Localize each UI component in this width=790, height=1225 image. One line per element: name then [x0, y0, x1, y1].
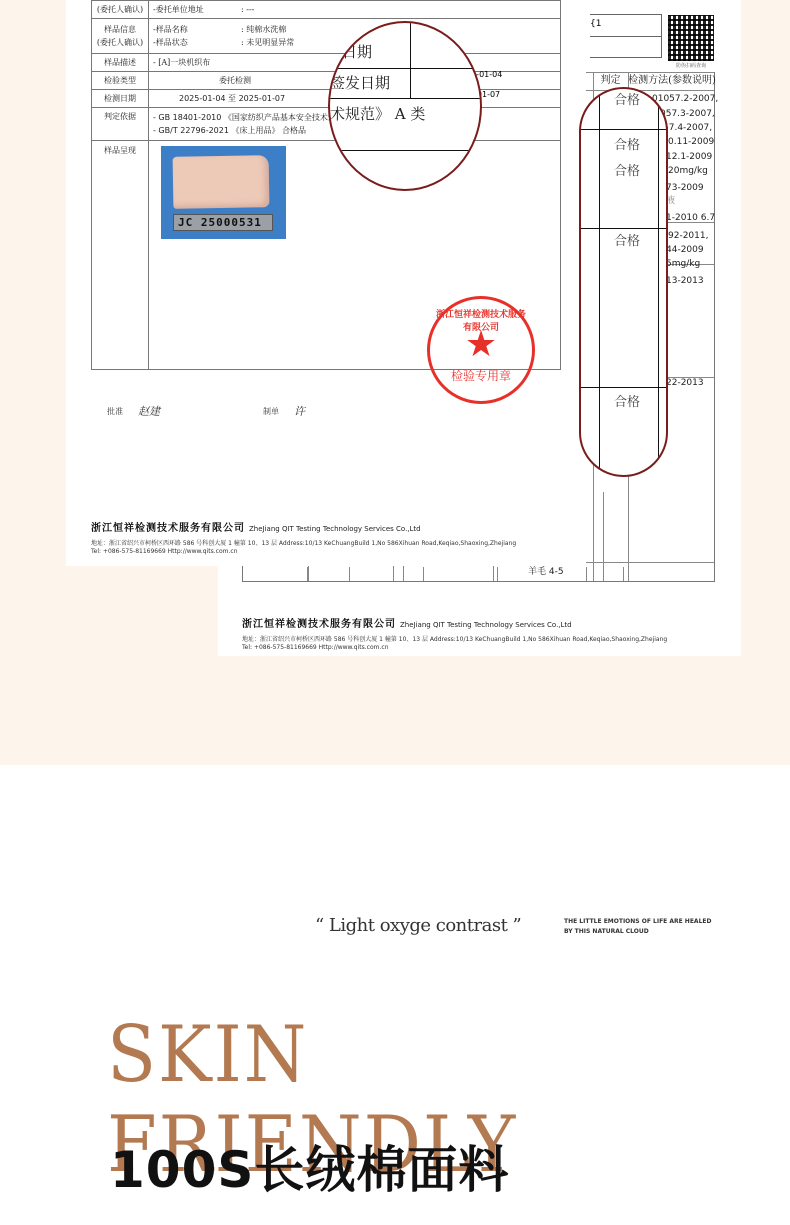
front-footer: 浙江恒祥检测技术服务有限公司ZheJiang QIT Testing Techn… — [91, 516, 516, 555]
back-footer: 浙江恒祥检测技术服务有限公司ZheJiang QIT Testing Techn… — [242, 612, 667, 651]
sample-photo: JC 25000531 — [161, 146, 286, 239]
test-report-page-1: (委托人确认) -委托单位地址: --- 样品信息 (委托人确认) -样品名称:… — [66, 0, 586, 566]
star-icon: ★ — [430, 327, 532, 363]
result-pass: 合格 — [614, 134, 640, 153]
report-number-box: {1 — [590, 14, 662, 58]
result-pass: 合格 — [614, 230, 640, 249]
sub-tagline: THE LITTLE EMOTIONS OF LIFE ARE HEALED B… — [564, 917, 711, 937]
official-stamp: 浙江恒祥检测技术服务有限公司 ★ 检验专用章 — [427, 296, 535, 404]
prepare-label: 制单 — [263, 406, 279, 417]
fabric-swatch — [173, 155, 270, 209]
header-method: 检测方法(参数说明) — [628, 72, 716, 90]
qr-code[interactable] — [668, 15, 714, 61]
magnifier-pill: 合格 合格 合格 合格 合格 — [579, 87, 668, 477]
row-label: 样品信息 (委托人确认) — [92, 19, 149, 54]
sample-tag: JC 25000531 — [173, 214, 273, 231]
approve-signature: 赵建 — [138, 403, 160, 419]
magnifier-circle: 日期 签发日期 术规范》 A 类 — [328, 21, 482, 191]
prepare-signature: 许 — [294, 403, 305, 419]
result-pass: 合格 — [614, 160, 640, 179]
result-pass: 合格 — [614, 89, 640, 108]
tagline: “ Light oxyge contrast ” — [315, 915, 521, 936]
row-label: (委托人确认) — [92, 1, 149, 19]
approve-label: 批准 — [107, 406, 123, 417]
qr-caption: 防伪扫码查询 — [668, 62, 714, 69]
result-pass: 合格 — [614, 391, 640, 410]
product-subheading: 100S长绒棉面料 — [110, 1130, 509, 1202]
